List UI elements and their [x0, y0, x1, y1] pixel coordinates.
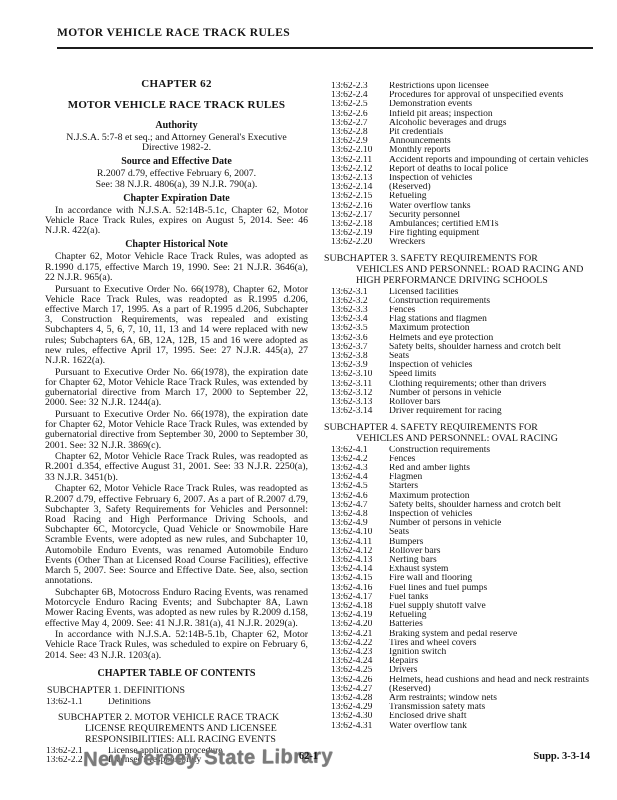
historical-paragraph: Pursuant to Executive Order No. 66(1978)… — [45, 285, 308, 367]
toc-entry: 13:62-2.8Pit credentials — [322, 128, 593, 137]
toc-entry: 13:62-3.8Seats — [322, 352, 593, 361]
toc-entry-label: Inspection of vehicles — [389, 361, 472, 370]
toc-entry-label: Rollover bars — [389, 398, 440, 407]
toc-entry-label: Wreckers — [389, 238, 425, 247]
historical-paragraph: Pursuant to Executive Order No. 66(1978)… — [45, 368, 308, 409]
toc-entry-label: Inspection of vehicles — [389, 174, 472, 183]
toc-entry: 13:62-2.12Report of deaths to local poli… — [322, 165, 593, 174]
toc-entry: 13:62-2.15Refueling — [322, 192, 593, 201]
toc-entry-label: (Reserved) — [389, 685, 431, 694]
toc-entry-label: (Reserved) — [389, 183, 431, 192]
toc-entry: 13:62-4.25Drivers — [322, 666, 593, 675]
toc-entry-label: Fences — [389, 455, 415, 464]
toc-entry-number: 13:62-3.11 — [331, 380, 389, 389]
toc-entry: 13:62-4.24Repairs — [322, 657, 593, 666]
toc-entry: 13:62-4.19Refueling — [322, 611, 593, 620]
toc-entry-number: 13:62-4.11 — [331, 538, 389, 547]
toc-entry-number: 13:62-4.13 — [331, 556, 389, 565]
toc-entry-label: Speed limits — [389, 370, 436, 379]
subchapter-2-heading: SUBCHAPTER 2. MOTOR VEHICLE RACE TRACKLI… — [45, 712, 308, 745]
toc-entry: 13:62-4.23Ignition switch — [322, 648, 593, 657]
toc-entry-number: 13:62-3.3 — [331, 306, 389, 315]
toc-entry-number: 13:62-4.30 — [331, 712, 389, 721]
toc-entry-number: 13:62-3.5 — [331, 324, 389, 333]
toc-entry-label: Monthly reports — [389, 146, 450, 155]
toc-entry: 13:62-2.20Wreckers — [322, 238, 593, 247]
toc-entry-number: 13:62-3.1 — [331, 288, 389, 297]
toc-entry: 13:62-4.29Transmission safety mats — [322, 703, 593, 712]
toc-entry: 13:62-2.7Alcoholic beverages and drugs — [322, 119, 593, 128]
toc-entry-label: Bumpers — [389, 538, 423, 547]
toc-entry-label: Number of persons in vehicle — [389, 389, 501, 398]
toc-entry-number: 13:62-2.13 — [331, 174, 389, 183]
subchapter-4-entries: 13:62-4.1Construction requirements 13:62… — [322, 446, 593, 731]
toc-entry-label: Security personnel — [389, 211, 460, 220]
toc-entry-number: 13:62-4.21 — [331, 630, 389, 639]
toc-entry: 13:62-4.11Bumpers — [322, 538, 593, 547]
toc-entry-number: 13:62-1.1 — [45, 698, 108, 707]
toc-entry-number: 13:62-3.4 — [331, 315, 389, 324]
toc-entry-number: 13:62-4.12 — [331, 547, 389, 556]
toc-entry-label: Licensed facilities — [389, 288, 458, 297]
toc-entry-label: Alcoholic beverages and drugs — [389, 119, 506, 128]
toc-entry-number: 13:62-2.11 — [331, 156, 389, 165]
toc-entry-number: 13:62-4.18 — [331, 602, 389, 611]
toc-entry: 13:62-4.5Starters — [322, 482, 593, 491]
toc-entry-number: 13:62-4.1 — [331, 446, 389, 455]
document-page: MOTOR VEHICLE RACE TRACK RULES CHAPTER 6… — [0, 0, 617, 800]
toc-entry: 13:62-3.14Driver requirement for racing — [322, 407, 593, 416]
historical-note-paragraphs: Chapter 62, Motor Vehicle Race Track Rul… — [45, 252, 308, 660]
historical-note-heading: Chapter Historical Note — [45, 239, 308, 250]
toc-entry-label: Enclosed drive shaft — [389, 712, 467, 721]
toc-entry-number: 13:62-4.7 — [331, 501, 389, 510]
toc-entry-number: 13:62-4.31 — [331, 722, 389, 731]
toc-entry: 13:62-2.16Water overflow tanks — [322, 202, 593, 211]
toc-entry-label: Maximum protection — [389, 492, 469, 501]
toc-entry: 13:62-4.31Water overflow tank — [322, 722, 593, 731]
toc-entry: 13:62-3.12Number of persons in vehicle — [322, 389, 593, 398]
toc-entry: 13:62-3.5Maximum protection — [322, 324, 593, 333]
toc-entry: 13:62-2.5Demonstration events — [322, 100, 593, 109]
toc-entry: 13:62-3.11Clothing requirements; other t… — [322, 380, 593, 389]
toc-entry: 13:62-4.10Seats — [322, 528, 593, 537]
toc-entry-label: Transmission safety mats — [389, 703, 485, 712]
toc-entry-label: Clothing requirements; other than driver… — [389, 380, 546, 389]
toc-entry-label: Announcements — [389, 137, 451, 146]
toc-entry: 13:62-4.9Number of persons in vehicle — [322, 519, 593, 528]
left-column: CHAPTER 62 MOTOR VEHICLE RACE TRACK RULE… — [45, 78, 308, 765]
toc-entry: 13:62-4.13Nerfing bars — [322, 556, 593, 565]
right-column: 13:62-2.3Restrictions upon licensee 13:6… — [322, 78, 593, 765]
toc-entry-label: Nerfing bars — [389, 556, 437, 565]
toc-entry-label: Inspection of vehicles — [389, 510, 472, 519]
toc-entry-number: 13:62-2.5 — [331, 100, 389, 109]
toc-entry-number: 13:62-4.24 — [331, 657, 389, 666]
toc-entry: 13:62-2.10Monthly reports — [322, 146, 593, 155]
toc-entry: 13:62-2.17Security personnel — [322, 211, 593, 220]
toc-entry: 13:62-4.6Maximum protection — [322, 492, 593, 501]
subchapter-heading-line: HIGH PERFORMANCE DRIVING SCHOOLS — [322, 275, 593, 286]
toc-entry: 13:62-2.9Announcements — [322, 137, 593, 146]
toc-entry-label: Fuel supply shutoff valve — [389, 602, 486, 611]
historical-paragraph: Chapter 62, Motor Vehicle Race Track Rul… — [45, 484, 308, 586]
historical-paragraph: Chapter 62, Motor Vehicle Race Track Rul… — [45, 252, 308, 283]
toc-entry-number: 13:62-2.8 — [331, 128, 389, 137]
toc-entry-label: Safety belts, shoulder harness and crotc… — [389, 343, 561, 352]
toc-entry-number: 13:62-3.7 — [331, 343, 389, 352]
toc-entry-number: 13:62-3.12 — [331, 389, 389, 398]
subchapter-heading-line: RESPONSIBILITIES: ALL RACING EVENTS — [45, 734, 308, 745]
toc-entry-number: 13:62-4.5 — [331, 482, 389, 491]
toc-entry-number: 13:62-4.15 — [331, 574, 389, 583]
toc-entry-number: 13:62-2.9 — [331, 137, 389, 146]
toc-entry-number: 13:62-4.16 — [331, 584, 389, 593]
toc-entry-number: 13:62-2.12 — [331, 165, 389, 174]
toc-entry-label: Fences — [389, 306, 415, 315]
subchapter-1-heading: SUBCHAPTER 1. DEFINITIONS — [45, 685, 308, 696]
historical-paragraph: Subchapter 6B, Motocross Enduro Racing E… — [45, 588, 308, 629]
toc-entry-label: Drivers — [389, 666, 418, 675]
toc-entry-label: Batteries — [389, 620, 423, 629]
toc-entry-number: 13:62-2.20 — [331, 238, 389, 247]
toc-entry-label: Pit credentials — [389, 128, 443, 137]
toc-entry-label: Construction requirements — [389, 297, 490, 306]
toc-entry-number: 13:62-4.25 — [331, 666, 389, 675]
toc-entry: 13:62-2.19Fire fighting equipment — [322, 229, 593, 238]
toc-entry-label: Fuel lines and fuel pumps — [389, 584, 487, 593]
toc-entry-number: 13:62-3.10 — [331, 370, 389, 379]
toc-entry: 13:62-4.17Fuel tanks — [322, 593, 593, 602]
toc-entry: 13:62-4.16Fuel lines and fuel pumps — [322, 584, 593, 593]
toc-entry: 13:62-3.9Inspection of vehicles — [322, 361, 593, 370]
toc-entry: 13:62-4.7Safety belts, shoulder harness … — [322, 501, 593, 510]
expiration-text: In accordance with N.J.S.A. 52:14B-5.1c,… — [45, 206, 308, 237]
toc-entry-number: 13:62-2.4 — [331, 91, 389, 100]
subchapter-3-heading: SUBCHAPTER 3. SAFETY REQUIREMENTS FORVEH… — [322, 253, 593, 286]
subchapter-1-entries: 13:62-1.1Definitions — [45, 698, 308, 707]
chapter-number: CHAPTER 62 — [45, 78, 308, 90]
toc-entry: 13:62-4.18Fuel supply shutoff valve — [322, 602, 593, 611]
source-line-2: See: 38 N.J.R. 4806(a), 39 N.J.R. 790(a)… — [51, 180, 302, 190]
toc-entry-number: 13:62-2.18 — [331, 220, 389, 229]
toc-entry: 13:62-3.13Rollover bars — [322, 398, 593, 407]
toc-entry-label: Red and amber lights — [389, 464, 470, 473]
toc-entry: 13:62-4.4Flagmen — [322, 473, 593, 482]
toc-entry: 13:62-3.2Construction requirements — [322, 297, 593, 306]
toc-entry-label: Refueling — [389, 611, 426, 620]
toc-entry-label: Number of persons in vehicle — [389, 519, 501, 528]
toc-entry-number: 13:62-2.15 — [331, 192, 389, 201]
toc-entry: 13:62-2.6Infield pit areas; inspection — [322, 110, 593, 119]
toc-entry-label: Braking system and pedal reserve — [389, 630, 517, 639]
toc-entry-number: 13:62-2.3 — [331, 82, 389, 91]
toc-entry-number: 13:62-3.2 — [331, 297, 389, 306]
toc-entry-number: 13:62-2.19 — [331, 229, 389, 238]
toc-entry-label: Procedures for approval of unspecified e… — [389, 91, 563, 100]
toc-entry-label: Report of deaths to local police — [389, 165, 508, 174]
authority-text: N.J.S.A. 5:7-8 et seq.; and Attorney Gen… — [51, 133, 302, 153]
subchapter-heading-line: VEHICLES AND PERSONNEL: ROAD RACING AND — [322, 264, 593, 275]
toc-entry-number: 13:62-4.19 — [331, 611, 389, 620]
toc-entry-number: 13:62-2.7 — [331, 119, 389, 128]
toc-entry-number: 13:62-4.3 — [331, 464, 389, 473]
toc-entry-label: Ambulances; certified EMTs — [389, 220, 499, 229]
chapter-title: MOTOR VEHICLE RACE TRACK RULES — [45, 99, 308, 111]
toc-entry-label: Arm restraints; window nets — [389, 694, 497, 703]
toc-entry-label: Refueling — [389, 192, 426, 201]
toc-entry-label: Safety belts, shoulder harness and crotc… — [389, 501, 561, 510]
footer-supplement: Supp. 3-3-14 — [533, 751, 590, 762]
subchapter-4-heading: SUBCHAPTER 4. SAFETY REQUIREMENTS FORVEH… — [322, 422, 593, 444]
toc-entry: 13:62-4.27(Reserved) — [322, 685, 593, 694]
toc-entry-number: 13:62-4.22 — [331, 639, 389, 648]
historical-paragraph: In accordance with N.J.S.A. 52:14B-5.1b,… — [45, 630, 308, 661]
toc-entry-label: Rollover bars — [389, 547, 440, 556]
subchapter-heading-line: VEHICLES AND PERSONNEL: OVAL RACING — [322, 433, 593, 444]
toc-entry-label: Helmets and eye protection — [389, 334, 493, 343]
toc-entry-label: Flagmen — [389, 473, 422, 482]
toc-entry-label: Seats — [389, 528, 409, 537]
toc-entry-number: 13:62-4.20 — [331, 620, 389, 629]
subchapter-heading-line: SUBCHAPTER 4. SAFETY REQUIREMENTS FOR — [322, 422, 593, 433]
toc-entry: 13:62-2.18Ambulances; certified EMTs — [322, 220, 593, 229]
subchapter-2-continued-entries: 13:62-2.3Restrictions upon licensee 13:6… — [322, 82, 593, 248]
toc-entry-number: 13:62-3.8 — [331, 352, 389, 361]
toc-entry: 13:62-2.3Restrictions upon licensee — [322, 82, 593, 91]
expiration-heading: Chapter Expiration Date — [45, 193, 308, 204]
toc-entry: 13:62-2.13Inspection of vehicles — [322, 174, 593, 183]
subchapter-heading-line: LICENSE REQUIREMENTS AND LICENSEE — [45, 723, 308, 734]
toc-entry-label: Starters — [389, 482, 418, 491]
toc-entry-number: 13:62-3.14 — [331, 407, 389, 416]
toc-entry-number: 13:62-4.27 — [331, 685, 389, 694]
toc-entry-label: Seats — [389, 352, 409, 361]
toc-entry: 13:62-4.22Tires and wheel covers — [322, 639, 593, 648]
toc-entry-label: Ignition switch — [389, 648, 446, 657]
toc-entry: 13:62-3.7Safety belts, shoulder harness … — [322, 343, 593, 352]
toc-entry-number: 13:62-4.23 — [331, 648, 389, 657]
subchapter-3-entries: 13:62-3.1Licensed facilities 13:62-3.2Co… — [322, 288, 593, 417]
toc-entry: 13:62-4.2Fences — [322, 455, 593, 464]
toc-entry-label: Flag stations and flagmen — [389, 315, 487, 324]
toc-entry-label: Infield pit areas; inspection — [389, 110, 493, 119]
toc-entry-number: 13:62-4.4 — [331, 473, 389, 482]
toc-entry-number: 13:62-4.8 — [331, 510, 389, 519]
toc-entry-label: Fire wall and flooring — [389, 574, 472, 583]
running-header: MOTOR VEHICLE RACE TRACK RULES — [57, 27, 290, 39]
toc-entry: 13:62-2.11Accident reports and impoundin… — [322, 156, 593, 165]
toc-entry-number: 13:62-4.17 — [331, 593, 389, 602]
toc-entry-number: 13:62-4.6 — [331, 492, 389, 501]
toc-entry: 13:62-4.21Braking system and pedal reser… — [322, 630, 593, 639]
toc-entry: 13:62-1.1Definitions — [45, 698, 308, 707]
toc-entry-label: Repairs — [389, 657, 418, 666]
toc-entry: 13:62-3.6Helmets and eye protection — [322, 334, 593, 343]
toc-entry: 13:62-4.1Construction requirements — [322, 446, 593, 455]
historical-paragraph: Pursuant to Executive Order No. 66(1978)… — [45, 410, 308, 451]
toc-entry: 13:62-4.20Batteries — [322, 620, 593, 629]
toc-entry-label: Restrictions upon licensee — [389, 82, 489, 91]
toc-entry: 13:62-2.4Procedures for approval of unsp… — [322, 91, 593, 100]
subchapter-heading-line: SUBCHAPTER 1. DEFINITIONS — [45, 685, 308, 696]
authority-heading: Authority — [45, 120, 308, 131]
toc-entry: 13:62-4.15Fire wall and flooring — [322, 574, 593, 583]
subchapter-heading-line: SUBCHAPTER 2. MOTOR VEHICLE RACE TRACK — [45, 712, 308, 723]
header-rule — [57, 47, 593, 49]
toc-entry-label: Demonstration events — [389, 100, 472, 109]
toc-entry: 13:62-3.4Flag stations and flagmen — [322, 315, 593, 324]
toc-entry: 13:62-4.14Exhaust system — [322, 565, 593, 574]
toc-entry: 13:62-3.1Licensed facilities — [322, 288, 593, 297]
toc-entry-label: Construction requirements — [389, 446, 490, 455]
toc-entry: 13:62-3.3Fences — [322, 306, 593, 315]
toc-entry-number: 13:62-2.10 — [331, 146, 389, 155]
toc-heading: CHAPTER TABLE OF CONTENTS — [45, 668, 308, 679]
toc-entry: 13:62-2.14(Reserved) — [322, 183, 593, 192]
toc-entry-label: Fuel tanks — [389, 593, 428, 602]
toc-entry: 13:62-4.26Helmets, head cushions and hea… — [322, 676, 593, 685]
toc-entry-label: Tires and wheel covers — [389, 639, 477, 648]
toc-entry-label: Water overflow tanks — [389, 202, 471, 211]
toc-entry-number: 13:62-4.29 — [331, 703, 389, 712]
toc-entry-number: 13:62-4.14 — [331, 565, 389, 574]
toc-entry-number: 13:62-4.9 — [331, 519, 389, 528]
toc-entry-label: Maximum protection — [389, 324, 469, 333]
toc-entry-label: Fire fighting equipment — [389, 229, 479, 238]
toc-entry: 13:62-4.8Inspection of vehicles — [322, 510, 593, 519]
toc-entry-label: Driver requirement for racing — [389, 407, 502, 416]
toc-entry-number: 13:62-4.2 — [331, 455, 389, 464]
toc-entry: 13:62-4.3Red and amber lights — [322, 464, 593, 473]
subchapter-heading-line: SUBCHAPTER 3. SAFETY REQUIREMENTS FOR — [322, 253, 593, 264]
toc-entry-number: 13:62-3.6 — [331, 334, 389, 343]
toc-entry-label: Exhaust system — [389, 565, 448, 574]
toc-entry: 13:62-4.12Rollover bars — [322, 547, 593, 556]
toc-entry: 13:62-4.28Arm restraints; window nets — [322, 694, 593, 703]
toc-entry: 13:62-4.30Enclosed drive shaft — [322, 712, 593, 721]
toc-entry-number: 13:62-4.10 — [331, 528, 389, 537]
toc-entry-number: 13:62-4.28 — [331, 694, 389, 703]
content-columns: CHAPTER 62 MOTOR VEHICLE RACE TRACK RULE… — [45, 78, 593, 765]
toc-entry-number: 13:62-3.9 — [331, 361, 389, 370]
toc-entry-number: 13:62-2.16 — [331, 202, 389, 211]
toc-entry: 13:62-3.10Speed limits — [322, 370, 593, 379]
toc-entry-number: 13:62-2.14 — [331, 183, 389, 192]
toc-entry-number: 13:62-3.13 — [331, 398, 389, 407]
toc-entry-number: 13:62-4.26 — [331, 676, 389, 685]
toc-entry-label: Accident reports and impounding of certa… — [389, 156, 588, 165]
toc-entry-label: Water overflow tank — [389, 722, 467, 731]
toc-entry-label: Helmets, head cushions and head and neck… — [389, 676, 589, 685]
toc-entry-label: Definitions — [108, 698, 151, 707]
source-heading: Source and Effective Date — [45, 156, 308, 167]
historical-paragraph: Chapter 62, Motor Vehicle Race Track Rul… — [45, 452, 308, 483]
footer-page-number: 62-1 — [0, 751, 617, 762]
toc-entry-number: 13:62-2.17 — [331, 211, 389, 220]
toc-entry-number: 13:62-2.6 — [331, 110, 389, 119]
